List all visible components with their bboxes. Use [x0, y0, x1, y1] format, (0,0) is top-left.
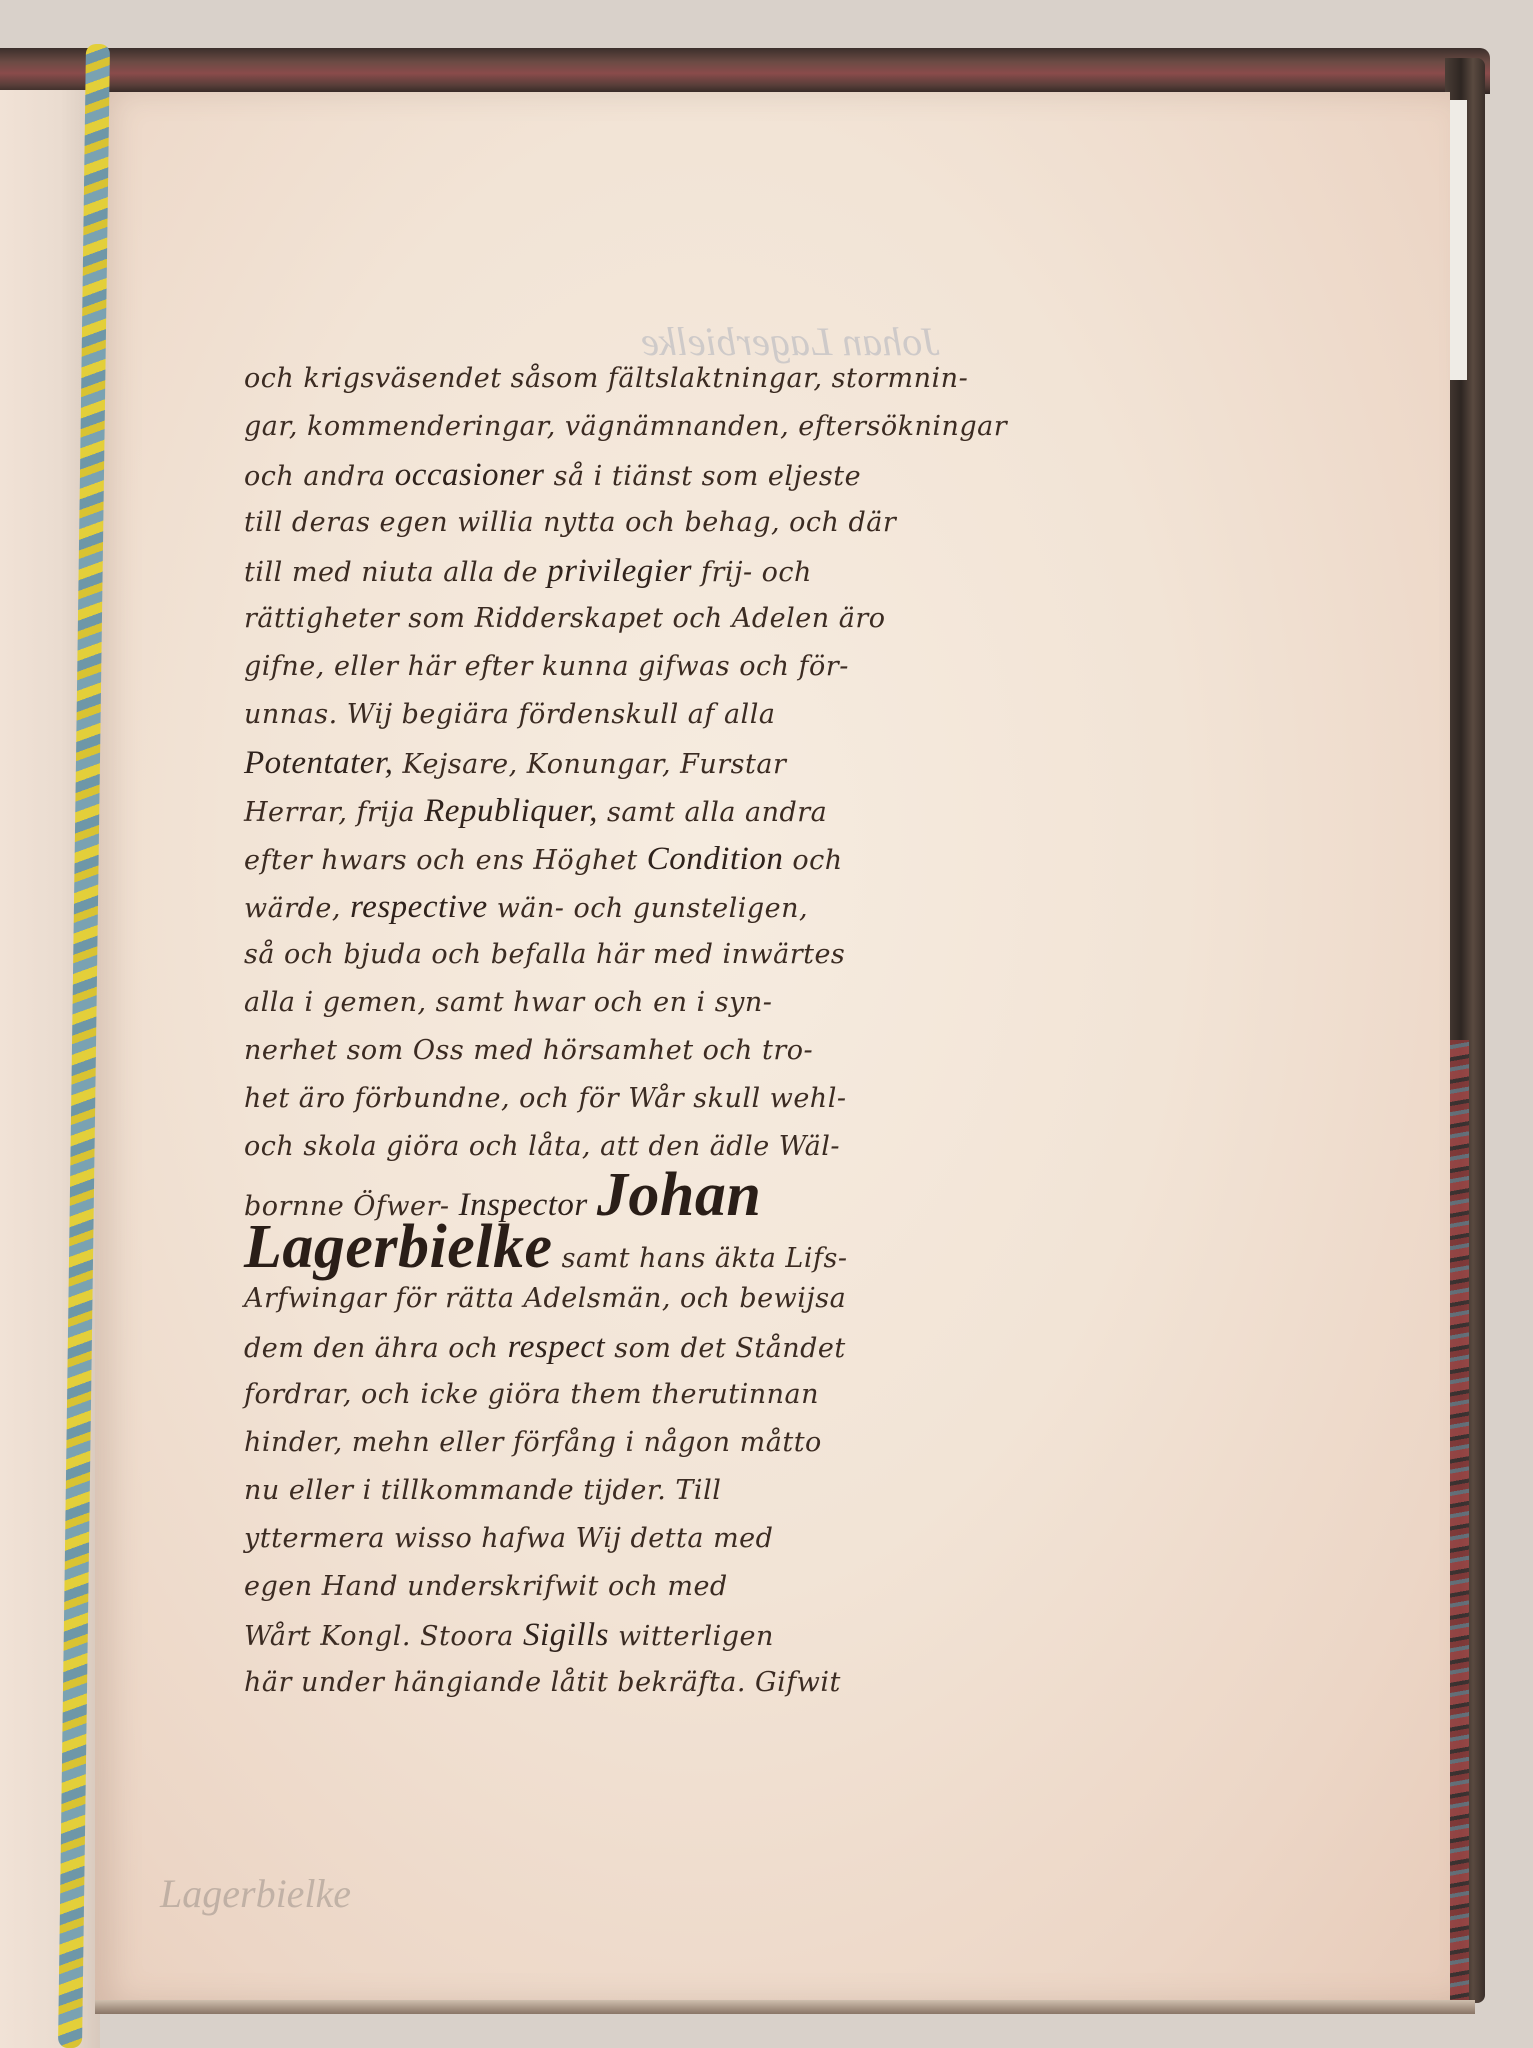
latin-word: privilegier — [547, 553, 692, 589]
text-line: rättigheter som Ridderskapet och Adelen … — [244, 595, 1164, 643]
text-line: Lagerbielke samt hans äkta Lifs- — [244, 1219, 1164, 1275]
latin-word: Republiquer, — [424, 793, 598, 829]
latin-word: respective — [350, 889, 488, 925]
text-line: Arfwingar för rätta Adelsmän, och bewijs… — [244, 1275, 1164, 1323]
text-line: Wårt Kongl. Stoora Sigills witterligen — [244, 1611, 1164, 1659]
text-line: Potentater, Kejsare, Konungar, Furstar — [244, 739, 1164, 787]
text-line: alla i gemen, samt hwar och en i syn- — [244, 979, 1164, 1027]
text-line: och andra occasioner så i tiänst som elj… — [244, 451, 1164, 499]
text-line: bornne Öfwer- Inspector Johan — [244, 1171, 1164, 1219]
text-line: fordrar, och icke giöra them therutinnan — [244, 1371, 1164, 1419]
text-line: hinder, mehn eller förfång i någon måtto — [244, 1419, 1164, 1467]
latin-word: respect — [508, 1329, 606, 1365]
book-cover-top-edge — [0, 48, 1490, 94]
text-line: här under hängiande låtit bekräfta. Gifw… — [244, 1659, 1164, 1707]
latin-word: Potentater, — [244, 745, 393, 781]
page-bottom-edge — [95, 2000, 1475, 2014]
manuscript-text: och krigsväsendet såsom fältslaktningar,… — [244, 355, 1164, 1707]
text-line: gar, kommenderingar, vägnämnanden, efter… — [244, 403, 1164, 451]
text-line: het äro förbundne, och för Wår skull weh… — [244, 1075, 1164, 1123]
text-line: wärde, respective wän- och gunsteligen, — [244, 883, 1164, 931]
latin-word: Sigills — [523, 1617, 609, 1653]
text-line: dem den ähra och respect som det Ståndet — [244, 1323, 1164, 1371]
text-line: till med niuta alla de privilegier frij-… — [244, 547, 1164, 595]
text-line: till deras egen willia nytta och behag, … — [244, 499, 1164, 547]
latin-word: Condition — [647, 841, 784, 877]
latin-word: occasioner — [395, 457, 545, 493]
text-line: yttermera wisso hafwa Wij detta med — [244, 1515, 1164, 1563]
text-line: så och bjuda och befalla här med inwärte… — [244, 931, 1164, 979]
text-line: efter hwars och ens Höghet Condition och — [244, 835, 1164, 883]
text-line: gifne, eller här efter kunna gifwas och … — [244, 643, 1164, 691]
text-line: nerhet som Oss med hörsamhet och tro- — [244, 1027, 1164, 1075]
text-line: Herrar, frija Republiquer, samt alla and… — [244, 787, 1164, 835]
name-lagerbielke: Lagerbielke — [244, 1213, 553, 1281]
text-line: nu eller i tillkommande tijder. Till — [244, 1467, 1164, 1515]
text-line: och krigsväsendet såsom fältslaktningar,… — [244, 355, 1164, 403]
text-line: unnas. Wij begiära fördenskull af alla — [244, 691, 1164, 739]
text-line: egen Hand underskrifwit och med — [244, 1563, 1164, 1611]
pencil-annotation: Lagerbielke — [160, 1870, 351, 1917]
